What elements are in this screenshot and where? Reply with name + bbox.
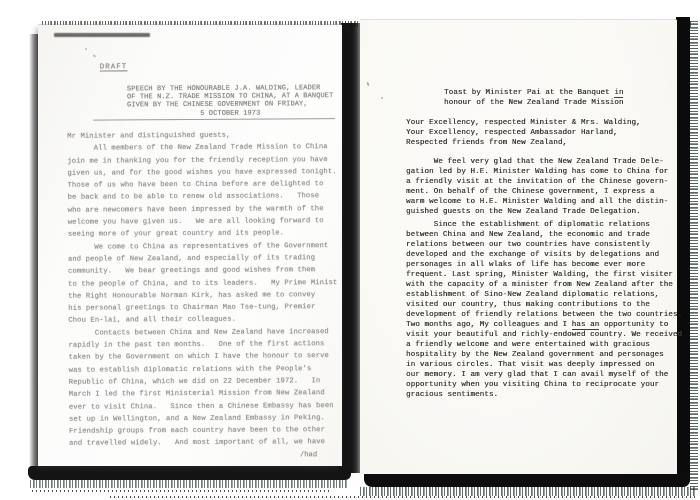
underlined-line-post: opportunity to — [599, 321, 668, 329]
speech-body: Mr Minister and distinguished guests, Al… — [67, 129, 338, 450]
toast-paragraph-1: We feel very glad that the New Zealand T… — [406, 157, 668, 217]
toast-heading-line1: Toast by Minister Pai at the Banquet — [444, 89, 614, 97]
right-edge-dither — [690, 19, 698, 491]
scan-dot-row-left — [32, 490, 332, 492]
scan-speck — [381, 97, 383, 99]
catchword: /had — [300, 451, 317, 459]
draft-label: DRAFT — [100, 63, 128, 72]
toast-salutation: Your Excellency, respected Minister & Mr… — [406, 118, 641, 148]
left-page: DRAFT SPEECH BY THE HONOURABLE J.A. WALD… — [38, 25, 342, 466]
left-page-bottom-shadow — [28, 466, 351, 480]
speech-heading-underline — [93, 118, 335, 120]
toast-paragraph-2-lower: visit your beautiful and richly-endowed … — [406, 330, 682, 400]
underlined-line-pre: Two months ago, My colleagues and I — [406, 321, 572, 329]
right-page: Toast by Minister Pai at the Banquet in … — [360, 20, 677, 474]
left-bottom-dither — [30, 480, 348, 488]
toast-paragraph-2-underlined-line: Two months ago, My colleagues and I has … — [406, 320, 668, 330]
scan-dot-row-right — [110, 496, 696, 498]
toast-heading-underlined-word: in — [614, 89, 623, 98]
scan-speck — [366, 82, 369, 86]
scanned-documents-canvas: DRAFT SPEECH BY THE HONOURABLE J.A. WALD… — [0, 0, 700, 500]
toast-heading-line2: honour of the New Zealand Trade Mission — [444, 99, 623, 107]
right-bottom-dither — [360, 487, 696, 496]
toast-paragraph-2-upper: Since the establishment of diplomatic re… — [406, 220, 682, 320]
right-page-bottom-shadow — [364, 473, 690, 487]
left-page-content: DRAFT SPEECH BY THE HONOURABLE J.A. WALD… — [37, 24, 344, 467]
underlined-words: has an — [572, 321, 600, 330]
speech-heading: SPEECH BY THE HONOURABLE J.A. WALDING, L… — [127, 84, 334, 118]
between-pages-shadow — [341, 23, 361, 473]
toast-heading: Toast by Minister Pai at the Banquet in … — [444, 88, 623, 108]
